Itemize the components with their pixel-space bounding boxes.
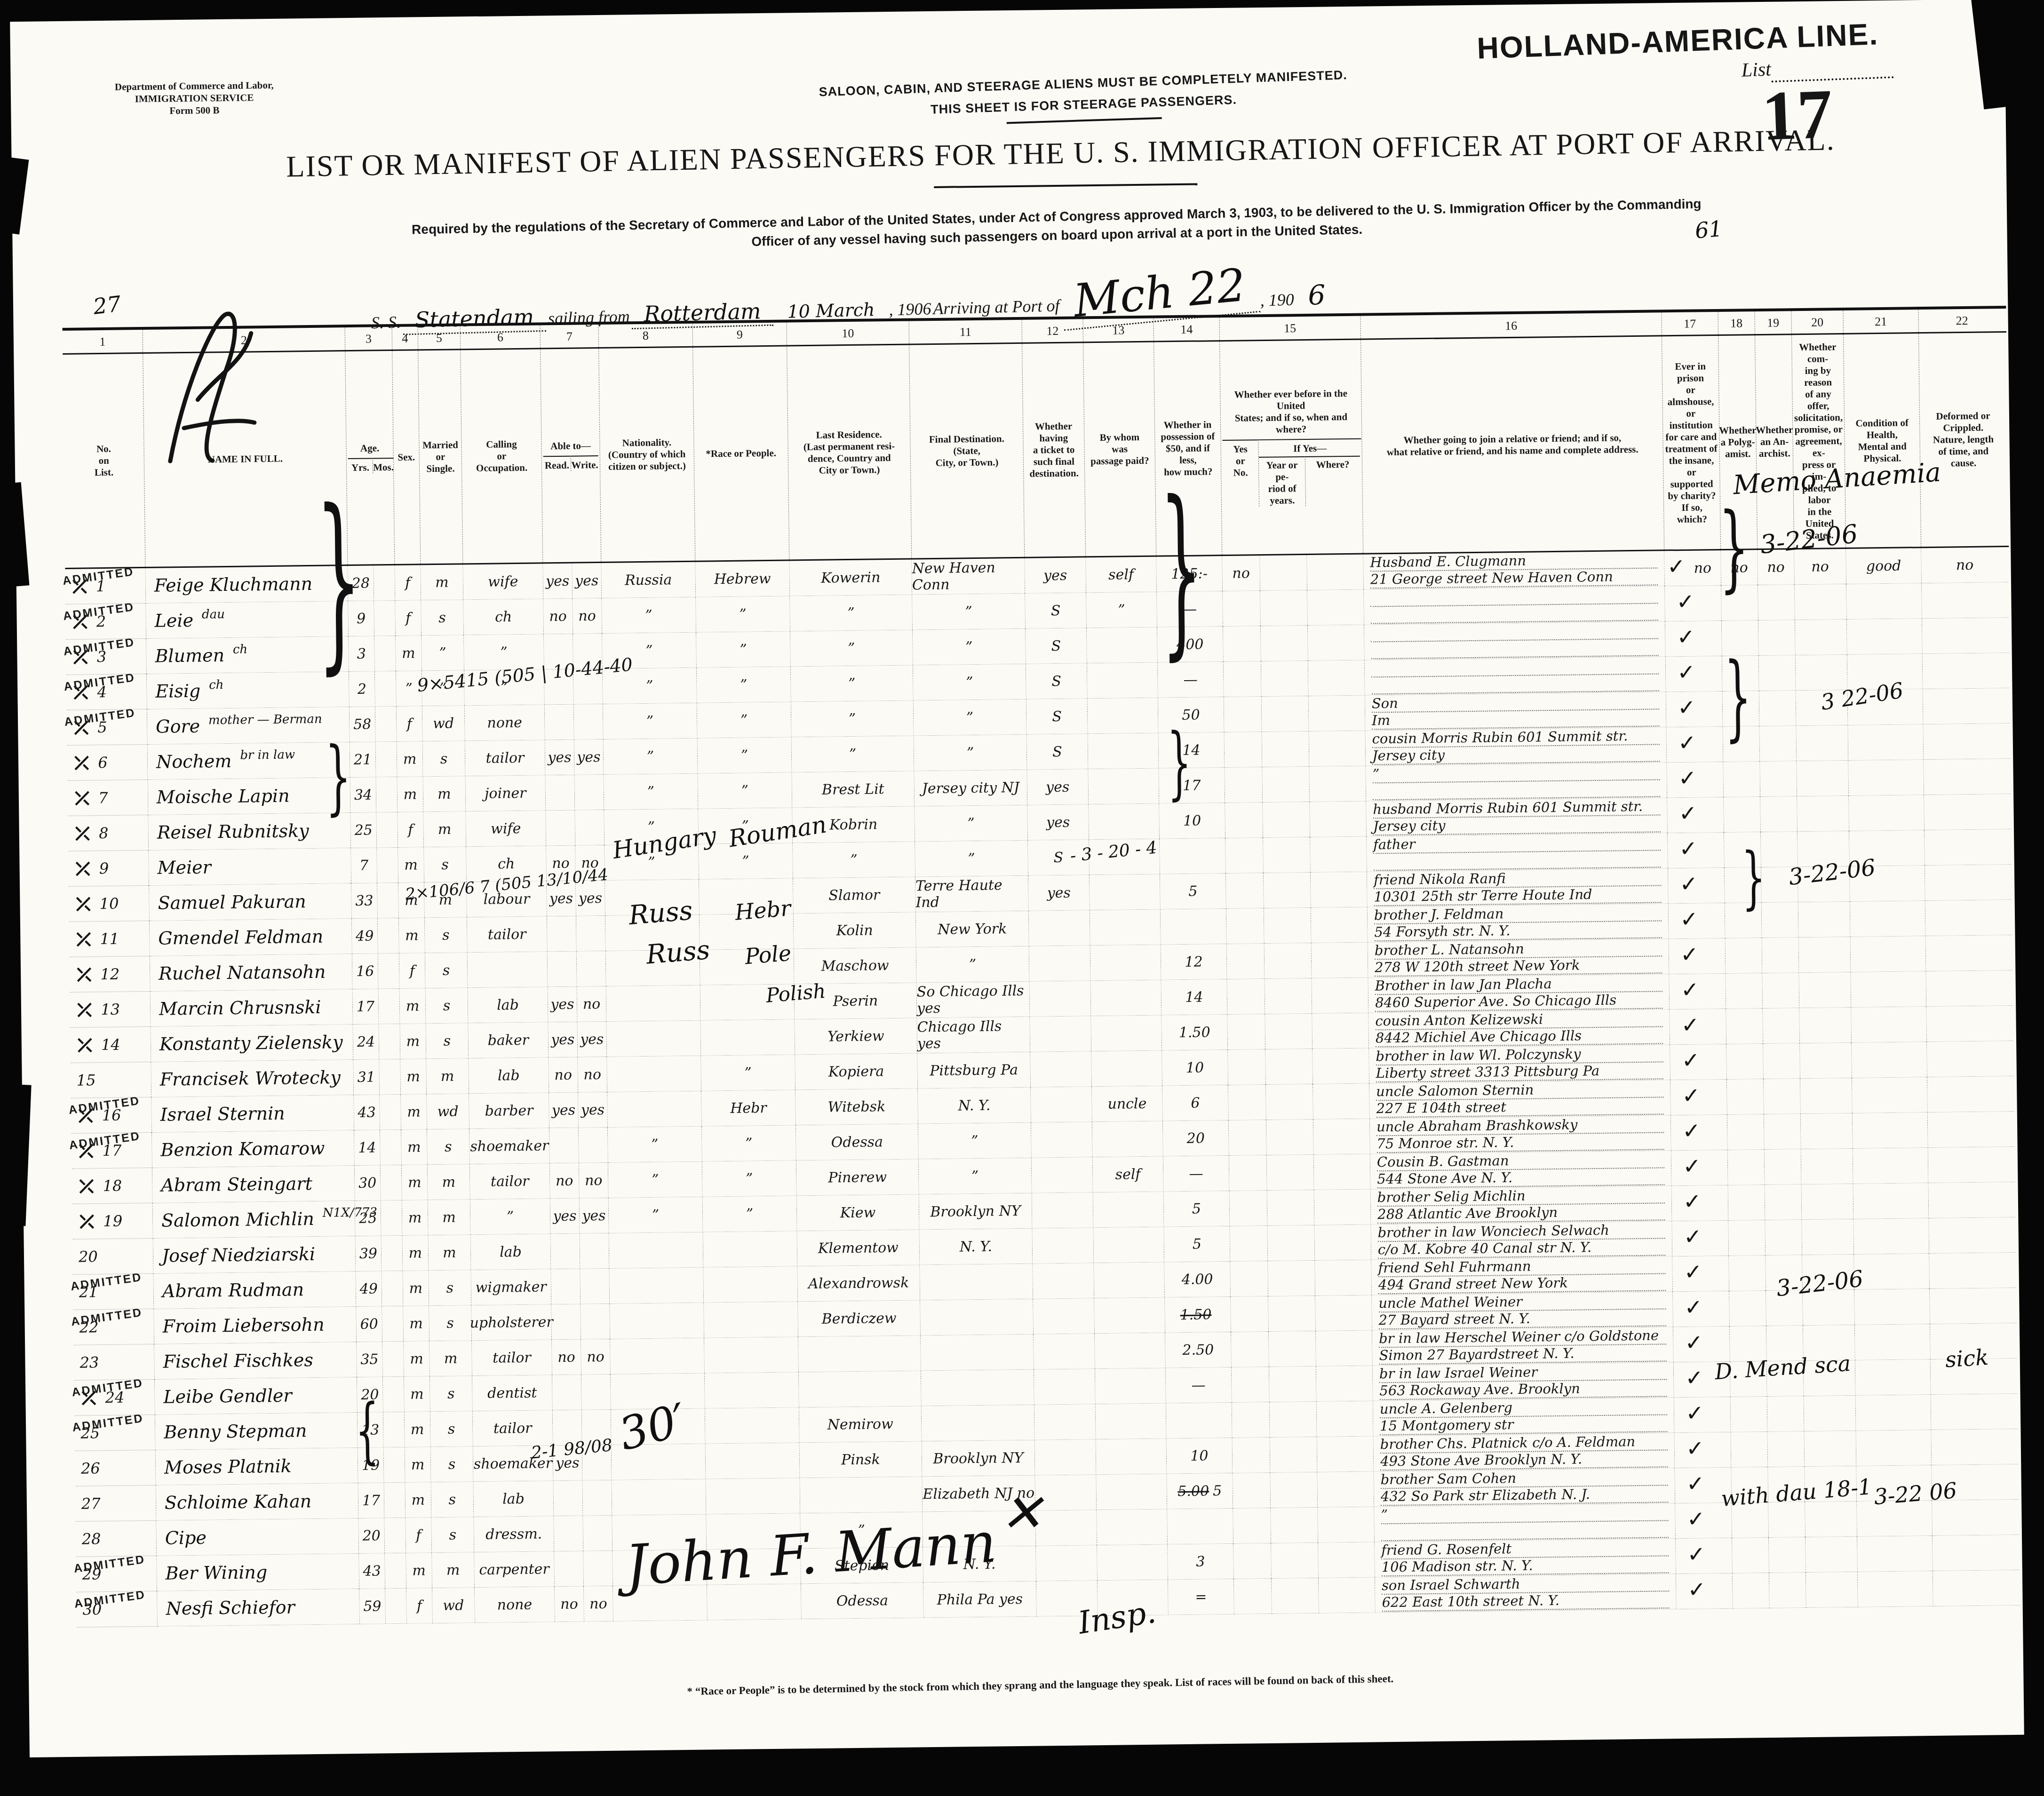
title-rule bbox=[934, 183, 1197, 188]
check-mark: ✓ bbox=[1677, 660, 1695, 685]
row11-cell-paid bbox=[1090, 910, 1161, 946]
x-mark: ⤫ bbox=[73, 939, 94, 939]
x-mark: ⤫ bbox=[74, 1045, 95, 1045]
row7-cell-paid bbox=[1088, 769, 1159, 805]
row26-cell-tkt bbox=[1034, 1439, 1096, 1475]
row16-cell-c20 bbox=[1800, 1078, 1852, 1114]
column-number-4: 4 bbox=[392, 326, 418, 350]
brace-d1: } bbox=[1718, 501, 1750, 595]
row13-cell-yrs: 17 bbox=[352, 989, 379, 1025]
row18-cell-name: Abram Steingart bbox=[152, 1166, 355, 1203]
relative-line-2 bbox=[1371, 604, 1658, 624]
list-number-value: 9 bbox=[99, 859, 109, 877]
row6-cell-res: ” bbox=[791, 736, 914, 772]
brace-names-1-5: } bbox=[315, 486, 362, 677]
row23-cell-nat bbox=[610, 1338, 704, 1375]
row21-cell-wr bbox=[580, 1269, 609, 1304]
row24-cell-ms: s bbox=[429, 1376, 472, 1412]
row29-cell-ms: m bbox=[431, 1552, 474, 1588]
relative-line-2 bbox=[1373, 850, 1661, 871]
row27-cell-res bbox=[799, 1477, 922, 1513]
row13-cell-byn bbox=[1226, 979, 1265, 1015]
x-mark: ⤫ bbox=[72, 904, 94, 904]
row15-cell-name: Francisek Wrotecky bbox=[151, 1060, 353, 1097]
row13-cell-nat bbox=[606, 985, 700, 1022]
row15-cell-paid bbox=[1091, 1051, 1162, 1087]
check-mark: ✓ bbox=[1678, 730, 1696, 755]
row22-cell-rel: uncle Mathel Weiner27 Bayard street N. Y… bbox=[1371, 1292, 1673, 1330]
row25-cell-c18 bbox=[1730, 1397, 1767, 1432]
row14-cell-rel: cousin Anton Kelizewski8442 Michiel Ave … bbox=[1368, 1009, 1670, 1048]
row7-cell-ms: m bbox=[422, 776, 465, 812]
row29-cell-yrs: 43 bbox=[358, 1553, 385, 1589]
row23-cell-byn bbox=[1231, 1332, 1269, 1367]
row5-cell-c17: ✓ bbox=[1666, 691, 1723, 727]
row17-cell-c22 bbox=[1927, 1112, 2015, 1148]
row11-cell-byn bbox=[1226, 908, 1264, 944]
row6-cell-byr bbox=[1262, 731, 1309, 767]
x-mark: ⤫ bbox=[74, 1009, 95, 1010]
relative-line-2: 54 Forsyth str. N. Y. bbox=[1374, 921, 1662, 941]
row23-cell-race bbox=[704, 1337, 798, 1373]
row15-cell-dest: Pittsburg Pa bbox=[917, 1052, 1030, 1089]
row27-cell-paid bbox=[1096, 1474, 1167, 1510]
row11-cell-c21 bbox=[1850, 901, 1925, 937]
row28-cell-c19 bbox=[1768, 1502, 1805, 1538]
row17-cell-name: Benzion Komarow bbox=[151, 1130, 354, 1168]
row29-cell-c19 bbox=[1768, 1537, 1805, 1573]
row5-cell-occ: none bbox=[464, 705, 545, 741]
row17-cell-byn bbox=[1228, 1120, 1266, 1156]
row25-cell-sex: m bbox=[404, 1412, 430, 1447]
row14-cell-c20 bbox=[1799, 1008, 1851, 1043]
row27-cell-wr bbox=[582, 1480, 612, 1516]
row24-cell-tkt bbox=[1034, 1369, 1095, 1405]
row29-cell-paid bbox=[1097, 1544, 1168, 1581]
row24-cell-name: Leibe Gendler bbox=[154, 1377, 357, 1415]
row29-cell-c22 bbox=[1932, 1535, 2020, 1571]
row11-cell-yrs: 49 bbox=[351, 918, 378, 954]
row26-cell-byn bbox=[1232, 1438, 1270, 1473]
hw-polish: Polish bbox=[765, 981, 827, 1006]
row19-cell-wr: yes bbox=[579, 1198, 609, 1234]
row5-cell-ms: wd bbox=[422, 706, 465, 741]
row2-cell-race: ” bbox=[695, 596, 790, 632]
row21-cell-res: Alexandrowsk bbox=[797, 1265, 920, 1302]
row6-cell-dest: ” bbox=[914, 735, 1027, 771]
row21-cell-no: ADMITTED21 bbox=[73, 1274, 153, 1310]
row24-cell-mos bbox=[382, 1377, 404, 1413]
row28-cell-no: 28 bbox=[76, 1521, 156, 1557]
row4-cell-c20 bbox=[1795, 655, 1847, 691]
row14-cell-c19 bbox=[1762, 1008, 1799, 1044]
row30-cell-byn bbox=[1233, 1579, 1272, 1614]
row4-cell-byn bbox=[1223, 661, 1261, 697]
row21-cell-c17: ✓ bbox=[1672, 1256, 1729, 1292]
row30-cell-c17: ✓ bbox=[1676, 1573, 1733, 1609]
row9-cell-byn bbox=[1225, 838, 1263, 874]
row14-cell-res: Yerkiew bbox=[794, 1018, 917, 1055]
row10-cell-name: Samuel Pakuran bbox=[149, 883, 351, 921]
row24-cell-occ: dentist bbox=[472, 1375, 552, 1411]
row10-cell-tkt: yes bbox=[1028, 875, 1090, 911]
passenger-name: Benzion Komarow bbox=[160, 1138, 325, 1160]
row22-cell-dest bbox=[920, 1299, 1033, 1336]
row15-cell-bwh bbox=[1312, 1049, 1369, 1084]
row2-cell-byn bbox=[1222, 591, 1260, 627]
name-note: mother — Berman bbox=[208, 712, 322, 728]
row22-cell-race bbox=[703, 1302, 798, 1338]
passenger-name: Feige Kluchmann bbox=[154, 573, 313, 596]
row9-cell-ms: s bbox=[423, 847, 466, 882]
row9-cell-res: ” bbox=[792, 842, 915, 878]
row12-cell-sex: f bbox=[399, 953, 425, 989]
row21-cell-sex: m bbox=[402, 1271, 429, 1306]
hw-pole1: Pole bbox=[744, 942, 792, 968]
row22-cell-byn bbox=[1230, 1296, 1268, 1332]
brace-d2: } bbox=[1724, 651, 1752, 745]
row1-cell-res: Kowerin bbox=[789, 560, 912, 596]
brace-money-1-5: } bbox=[1159, 479, 1203, 664]
row6-cell-rel: cousin Morris Rubin 601 Summit str.Jerse… bbox=[1365, 727, 1666, 766]
row21-cell-rd bbox=[550, 1269, 580, 1305]
row7-cell-byr bbox=[1262, 767, 1309, 803]
row3-cell-race: ” bbox=[696, 631, 790, 668]
row13-cell-c20 bbox=[1798, 972, 1851, 1008]
row15-cell-wr: no bbox=[577, 1057, 607, 1093]
row22-cell-c17: ✓ bbox=[1672, 1291, 1729, 1327]
row5-cell-yrs: 58 bbox=[349, 707, 375, 742]
passenger-name: Fischel Fischkes bbox=[163, 1350, 313, 1372]
row18-cell-c18 bbox=[1727, 1150, 1765, 1185]
row3-cell-c21 bbox=[1846, 619, 1922, 655]
passenger-name: Nesfi Schiefor bbox=[166, 1597, 295, 1619]
row25-cell-no: ADMITTED25 bbox=[75, 1415, 155, 1451]
row12-cell-rd bbox=[547, 952, 577, 987]
row19-cell-rel: brother Selig Michlin288 Atlantic Ave Br… bbox=[1370, 1186, 1672, 1224]
row20-cell-name: Josef Niedziarski bbox=[153, 1236, 356, 1274]
row12-cell-rel: brother L. Natansohn278 W 120th street N… bbox=[1368, 939, 1669, 977]
row24-cell-bwh bbox=[1316, 1366, 1373, 1402]
row13-cell-bwh bbox=[1311, 978, 1368, 1014]
hw-hebr1: Hebr bbox=[734, 897, 792, 923]
row5-cell-c22 bbox=[1923, 688, 2010, 724]
row28-cell-rd bbox=[553, 1516, 583, 1552]
row26-cell-byr bbox=[1270, 1437, 1317, 1473]
row15-cell-c21 bbox=[1851, 1042, 1927, 1078]
row23-cell-occ: tailor bbox=[471, 1340, 552, 1376]
row12-cell-money: 12 bbox=[1161, 944, 1227, 980]
row15-cell-byn bbox=[1227, 1049, 1265, 1085]
row9-cell-no: ⤫9 bbox=[68, 850, 149, 887]
row3-cell-tkt: S bbox=[1025, 628, 1087, 664]
row6-cell-nat: ” bbox=[603, 739, 698, 775]
row24-cell-race bbox=[704, 1372, 799, 1408]
row14-cell-ms: s bbox=[425, 1023, 468, 1059]
row21-cell-tkt bbox=[1032, 1263, 1094, 1299]
row12-cell-paid bbox=[1090, 945, 1161, 981]
row26-cell-c22 bbox=[1931, 1429, 2018, 1465]
row18-cell-sex: m bbox=[401, 1165, 428, 1200]
row19-cell-sex: m bbox=[402, 1200, 428, 1236]
row26-cell-money: 10 bbox=[1166, 1438, 1233, 1474]
relative-line-2: Jersey city bbox=[1372, 745, 1660, 765]
row26-cell-rel: brother Chs. Platnick c/o A. Feldman493 … bbox=[1373, 1433, 1675, 1471]
row27-cell-byn bbox=[1232, 1473, 1270, 1509]
header-able-to: Able to—Read.Write. bbox=[540, 349, 601, 562]
row14-cell-name: Konstanty Zielensky bbox=[150, 1025, 353, 1062]
row2-cell-bwh bbox=[1307, 590, 1364, 626]
row22-cell-c22 bbox=[1929, 1288, 2017, 1324]
row1-cell-tkt: yes bbox=[1024, 557, 1086, 593]
header-calling: Calling or Occupation. bbox=[460, 349, 542, 563]
row8-cell-bwh bbox=[1309, 802, 1366, 837]
row12-cell-c18 bbox=[1725, 938, 1762, 974]
relative-line-2: 8460 Superior Ave. So Chicago Ills bbox=[1375, 992, 1662, 1012]
row19-cell-tkt bbox=[1032, 1192, 1093, 1228]
list-number-value: 10 bbox=[100, 895, 119, 913]
check-mark: ✓ bbox=[1686, 1471, 1705, 1496]
row12-cell-occ bbox=[467, 952, 548, 988]
row20-cell-yrs: 39 bbox=[355, 1236, 382, 1272]
passenger-name: Blumen bbox=[155, 645, 224, 667]
row30-cell-dest: Phila Pa yes bbox=[923, 1581, 1036, 1618]
row18-cell-paid: self bbox=[1092, 1157, 1163, 1193]
row27-cell-tkt bbox=[1034, 1475, 1096, 1510]
row19-cell-bwh bbox=[1314, 1190, 1371, 1225]
check-mark: ✓ bbox=[1685, 1330, 1703, 1355]
list-number-value: 27 bbox=[81, 1494, 101, 1512]
relative-line-2: 10301 25th str Terre Houte Ind bbox=[1374, 886, 1661, 906]
row11-cell-rd bbox=[547, 916, 576, 952]
row20-cell-dest: N. Y. bbox=[919, 1229, 1032, 1265]
row21-cell-byr bbox=[1267, 1261, 1315, 1296]
row8-cell-c18 bbox=[1723, 797, 1760, 833]
relative-line-2: 544 Stone Ave N. Y. bbox=[1377, 1168, 1664, 1188]
row6-cell-no: ⤫6 bbox=[67, 745, 148, 781]
row15-cell-rel: brother in law Wl. PolczynskyLiberty str… bbox=[1368, 1045, 1670, 1083]
row17-cell-money: 20 bbox=[1162, 1121, 1229, 1157]
x-mark: ⤫ bbox=[72, 798, 93, 798]
row18-cell-money: — bbox=[1163, 1156, 1229, 1192]
row3-cell-rel bbox=[1364, 621, 1665, 660]
row9-cell-name: Meier bbox=[148, 848, 351, 886]
check-mark: ✓ bbox=[1684, 1295, 1702, 1320]
row14-cell-c18 bbox=[1726, 1009, 1763, 1044]
row23-cell-sex: m bbox=[403, 1341, 429, 1377]
row12-cell-c19 bbox=[1762, 938, 1799, 973]
row8-cell-ms: m bbox=[423, 811, 466, 847]
row18-cell-res: Pinerew bbox=[796, 1159, 919, 1196]
row20-cell-c20 bbox=[1801, 1219, 1853, 1255]
row10-cell-byr bbox=[1263, 873, 1311, 908]
relative-line-2: 21 George street New Haven Conn bbox=[1370, 569, 1658, 589]
row22-cell-mos bbox=[382, 1306, 403, 1342]
row27-cell-bwh bbox=[1317, 1471, 1374, 1507]
row6-cell-yrs: 21 bbox=[350, 742, 376, 778]
row20-cell-rel: brother in law Wonciech Selwachc/o M. Ko… bbox=[1370, 1221, 1672, 1260]
row9-cell-yrs: 7 bbox=[350, 848, 377, 883]
row14-cell-wr: yes bbox=[577, 1022, 606, 1057]
row11-cell-rel: brother J. Feldman54 Forsyth str. N. Y. bbox=[1367, 904, 1669, 942]
name-note: dau bbox=[202, 607, 225, 622]
row16-cell-race: Hebr bbox=[701, 1090, 795, 1126]
scan-blemish bbox=[0, 157, 29, 235]
row21-cell-dest bbox=[919, 1264, 1033, 1301]
row30-cell-c21 bbox=[1857, 1571, 1933, 1607]
row2-cell-wr: no bbox=[572, 598, 602, 634]
row18-cell-ms: m bbox=[427, 1164, 470, 1200]
check-mark: ✓ bbox=[1676, 589, 1694, 614]
passenger-name: Nochem bbox=[156, 751, 232, 772]
row30-cell-rel: son Israel Schwarth622 East 10th street … bbox=[1375, 1574, 1676, 1613]
row7-cell-c19 bbox=[1759, 761, 1797, 797]
page-title: LIST OR MANIFEST OF ALIEN PASSENGERS FOR… bbox=[181, 120, 1941, 186]
row16-cell-rel: uncle Salomon Sternin227 E 104th street bbox=[1369, 1080, 1670, 1119]
row14-cell-byn bbox=[1227, 1014, 1265, 1050]
row14-cell-mos bbox=[378, 1024, 400, 1060]
row21-cell-rel: friend Sehl Fuhrmann494 Grand street New… bbox=[1371, 1256, 1672, 1295]
list-number-value: 15 bbox=[77, 1071, 96, 1089]
row20-cell-c17: ✓ bbox=[1671, 1221, 1728, 1256]
row24-cell-wr bbox=[581, 1375, 611, 1410]
check-mark: ✓ bbox=[1686, 1400, 1704, 1426]
row22-cell-name: Froim Liebersohn bbox=[153, 1307, 356, 1344]
row22-cell-money: 1.50 bbox=[1164, 1297, 1231, 1333]
relative-line-2: 106 Madison str. N. Y. bbox=[1381, 1556, 1669, 1576]
relative-line-2: Simon 27 Bayardstreet N. Y. bbox=[1379, 1344, 1666, 1365]
row23-cell-no: 23 bbox=[74, 1344, 154, 1381]
row22-cell-tkt bbox=[1033, 1298, 1094, 1334]
row23-cell-res bbox=[798, 1335, 921, 1372]
row5-cell-byn bbox=[1224, 697, 1262, 732]
row2-cell-c17: ✓ bbox=[1664, 586, 1721, 621]
row23-cell-byr bbox=[1268, 1331, 1316, 1367]
row15-cell-nat bbox=[606, 1056, 701, 1092]
column-number-8: 8 bbox=[598, 324, 693, 347]
row4-cell-byr bbox=[1261, 661, 1308, 697]
list-number-value: 19 bbox=[103, 1212, 122, 1230]
row8-cell-tkt: yes bbox=[1027, 804, 1089, 840]
row18-cell-rd: no bbox=[549, 1163, 579, 1199]
row21-cell-paid bbox=[1093, 1263, 1164, 1299]
row9-cell-c17: ✓ bbox=[1667, 833, 1724, 868]
row17-cell-c20 bbox=[1800, 1113, 1853, 1149]
row20-cell-res: Klementow bbox=[796, 1230, 919, 1266]
row26-cell-name: Moses Platnik bbox=[155, 1448, 358, 1486]
column-number-22: 22 bbox=[1918, 309, 2005, 332]
row29-cell-name: Ber Wining bbox=[156, 1554, 359, 1591]
column-number-2: 2 bbox=[143, 327, 345, 352]
relative-line-2 bbox=[1371, 674, 1659, 694]
row13-cell-dest: So Chicago Ills yes bbox=[916, 982, 1030, 1018]
row3-cell-byr bbox=[1260, 626, 1308, 661]
row19-cell-yrs: 25 bbox=[355, 1200, 381, 1236]
row7-cell-c21 bbox=[1848, 760, 1924, 796]
row16-cell-mos bbox=[379, 1095, 401, 1130]
row26-cell-c19 bbox=[1767, 1431, 1804, 1467]
row7-cell-byn bbox=[1224, 767, 1262, 803]
row19-cell-c20 bbox=[1801, 1184, 1853, 1220]
relative-line-2: c/o M. Kobre 40 Canal str N. Y. bbox=[1378, 1239, 1665, 1259]
row13-cell-c18 bbox=[1725, 973, 1762, 1009]
row29-cell-occ: carpenter bbox=[474, 1551, 554, 1588]
row12-cell-res: Maschow bbox=[794, 947, 916, 984]
agency-line3: Form 500 B bbox=[95, 103, 293, 118]
passenger-name: Benny Stepman bbox=[164, 1420, 307, 1442]
row11-cell-c22 bbox=[1925, 900, 2012, 936]
handwritten-annotations bbox=[10, 0, 2004, 22]
passenger-name: Abram Rudman bbox=[162, 1279, 304, 1301]
row14-cell-dest: Chicago Ills yes bbox=[916, 1017, 1030, 1054]
row25-cell-ms: s bbox=[430, 1411, 473, 1447]
row8-cell-c19 bbox=[1760, 796, 1797, 832]
row19-cell-ms: m bbox=[428, 1200, 470, 1235]
row27-cell-yrs: 17 bbox=[358, 1483, 384, 1518]
row26-cell-race bbox=[705, 1443, 800, 1479]
row19-cell-no: ⤫19 bbox=[72, 1203, 153, 1240]
row4-cell-c17: ✓ bbox=[1665, 656, 1722, 692]
row30-cell-byr bbox=[1271, 1578, 1319, 1614]
row26-cell-ms: s bbox=[430, 1446, 473, 1482]
row3-cell-c20 bbox=[1795, 620, 1847, 655]
row18-cell-byr bbox=[1266, 1155, 1314, 1191]
relative-line-2: 432 So Park str Elizabeth N. J. bbox=[1381, 1486, 1668, 1506]
hw-russ1: Russ bbox=[628, 898, 694, 929]
column-number-20: 20 bbox=[1791, 310, 1843, 334]
relative-line-2 bbox=[1381, 1521, 1669, 1541]
row29-cell-rel: friend G. Rosenfelt106 Madison str. N. Y… bbox=[1374, 1539, 1676, 1577]
passenger-name: Moses Platnik bbox=[164, 1456, 292, 1478]
check-mark: ✓ bbox=[1678, 801, 1697, 826]
list-number-value: 11 bbox=[100, 930, 119, 948]
check-mark: ✓ bbox=[1684, 1259, 1702, 1285]
row26-cell-paid bbox=[1096, 1438, 1167, 1475]
row12-cell-name: Ruchel Natansohn bbox=[150, 954, 352, 992]
row7-cell-sex: m bbox=[397, 777, 423, 812]
row28-cell-sex: f bbox=[405, 1518, 431, 1553]
relative-line-2: 563 Rockaway Ave. Brooklyn bbox=[1379, 1380, 1667, 1400]
row22-cell-occ: upholsterer bbox=[471, 1304, 551, 1341]
row27-cell-money: 5.005 bbox=[1166, 1473, 1233, 1510]
row22-cell-yrs: 60 bbox=[356, 1306, 382, 1342]
list-number-value: 20 bbox=[79, 1248, 98, 1265]
row30-cell-res: Odessa bbox=[801, 1582, 923, 1619]
row11-cell-money bbox=[1160, 909, 1226, 945]
row21-cell-race bbox=[703, 1266, 797, 1303]
row8-cell-name: Reisel Rubnitsky bbox=[148, 813, 350, 850]
column-number-13: 13 bbox=[1083, 318, 1154, 342]
row6-cell-race: ” bbox=[697, 737, 792, 773]
row24-cell-sex: m bbox=[404, 1376, 430, 1412]
row15-cell-byr bbox=[1265, 1049, 1312, 1085]
row20-cell-occ: lab bbox=[470, 1234, 551, 1270]
row25-cell-bwh bbox=[1316, 1401, 1373, 1437]
row16-cell-res: Witebsk bbox=[795, 1089, 918, 1125]
row22-cell-sex: m bbox=[403, 1306, 429, 1342]
row10-cell-money: 5 bbox=[1160, 874, 1226, 910]
header-before-us: Whether ever before in the United States… bbox=[1219, 340, 1363, 555]
passenger-name: Konstanty Zielensky bbox=[159, 1032, 343, 1054]
passenger-name: Marcin Chrusnski bbox=[159, 997, 321, 1019]
row11-cell-c17: ✓ bbox=[1668, 903, 1725, 939]
row16-cell-name: Israel Sternin bbox=[151, 1095, 354, 1133]
row2-cell-sex: f bbox=[395, 600, 421, 636]
row14-cell-c21 bbox=[1851, 1007, 1926, 1043]
row6-cell-occ: tailor bbox=[465, 740, 545, 776]
row10-cell-c17: ✓ bbox=[1668, 868, 1725, 904]
relative-line-2: 494 Grand street New York bbox=[1378, 1274, 1666, 1294]
